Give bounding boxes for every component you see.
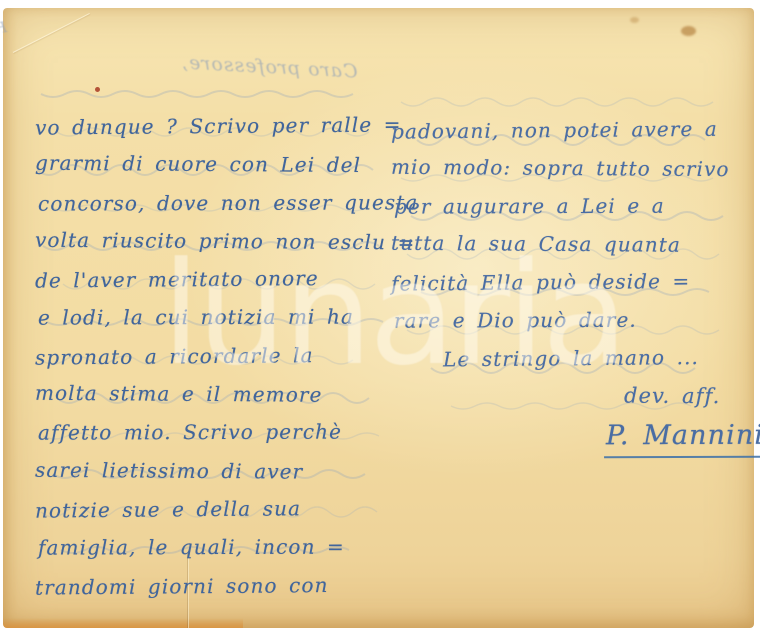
scanned-letter-page: Firenze, 16.1.924 Caro professore, vo du… <box>0 0 760 639</box>
letter-paper: Firenze, 16.1.924 Caro professore, vo du… <box>3 8 754 628</box>
letter-line: de l'aver meritato onore <box>35 259 397 300</box>
letter-line: felicità Ella può deside = <box>391 261 751 302</box>
letter-line: vo dunque ? Scrivo per ralle = <box>35 105 397 146</box>
signature-text: P. Mannini <box>604 417 760 459</box>
letter-line: famiglia, le quali, incon = <box>38 528 400 568</box>
letter-line: grarmi di cuore con Lei del <box>35 144 397 185</box>
letter-valediction: dev. aff. <box>624 377 751 416</box>
letter-line: per augurare a Lei e a <box>394 186 754 225</box>
letter-line: padovani, non potei avere a <box>391 109 751 150</box>
letter-line: mio modo: sopra tutto scrivo <box>391 148 751 189</box>
letter-left-column: vo dunque ? Scrivo per ralle = grarmi di… <box>35 107 397 605</box>
foxing-stain <box>630 17 639 23</box>
letter-closing-line: Le stringo la mano ... <box>443 338 751 379</box>
letter-line: tutta la sua Casa quanta <box>391 224 751 265</box>
letter-line: rare e Dio può dare. <box>394 300 754 339</box>
red-ink-dot <box>95 87 100 92</box>
letter-signature: P. Mannini <box>604 417 754 456</box>
letter-line: trandomi giorni sono con <box>35 565 397 606</box>
letter-line: volta riuscito primo non esclu = <box>35 221 397 262</box>
letter-right-column: padovani, non potei avere a mio modo: so… <box>391 111 751 455</box>
letter-line: affetto mio. Scrivo perchè <box>38 413 400 453</box>
letter-line: spronato a ricordarle la <box>35 335 397 376</box>
letter-line: notizie sue e della sua <box>35 488 397 529</box>
letter-line: molta stima e il memore <box>35 374 397 415</box>
letter-line: e lodi, la cui notizia mi ha <box>38 298 400 338</box>
foxing-stain <box>681 26 696 36</box>
letter-line: concorso, dove non esser questa <box>38 183 400 223</box>
letter-line: sarei lietissimo di aver <box>35 450 397 491</box>
